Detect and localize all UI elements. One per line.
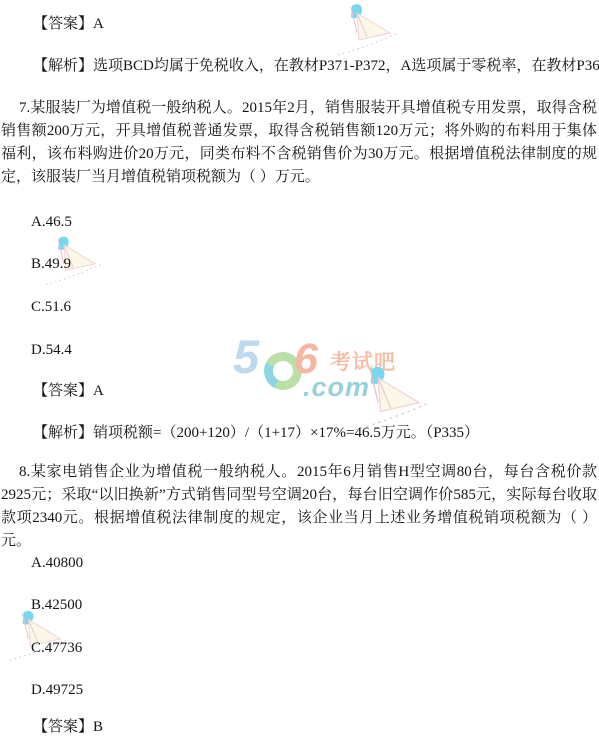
q7-option-d: D.54.4 xyxy=(0,339,599,362)
q8-option-d: D.49725 xyxy=(0,679,599,702)
q8-answer-line: 【答案】B xyxy=(0,716,599,739)
q8-stem: 8.某家电销售企业为增值税一般纳税人。2015年6月销售H型空调80台，每台含税… xyxy=(0,461,599,553)
q7-answer-line: 【答案】A xyxy=(0,380,599,403)
q7-option-a: A.46.5 xyxy=(0,211,599,234)
q6-answer-line: 【答案】A xyxy=(0,13,599,36)
q6-analysis-line: 【解析】选项BCD均属于免税收入，在教材P371-P372，A选项属于零税率，在… xyxy=(0,55,599,78)
q7-stem: 7.某服装厂为增值税一般纳税人。2015年2月，销售服装开具增值税专用发票，取得… xyxy=(0,97,599,189)
q7-analysis-line: 【解析】销项税额=（200+120）/（1+17）×17%=46.5万元。（P3… xyxy=(0,422,599,445)
q7-option-b: B.49.9 xyxy=(0,253,599,276)
document-page: 5 6 考试吧 .com 【答案】A 【解析】选项BCD均属于免税收入，在教材P… xyxy=(0,0,599,747)
q8-option-a: A.40800 xyxy=(0,552,599,575)
q8-option-c: C.47736 xyxy=(0,637,599,660)
q7-option-c: C.51.6 xyxy=(0,296,599,319)
q8-option-b: B.42500 xyxy=(0,594,599,617)
